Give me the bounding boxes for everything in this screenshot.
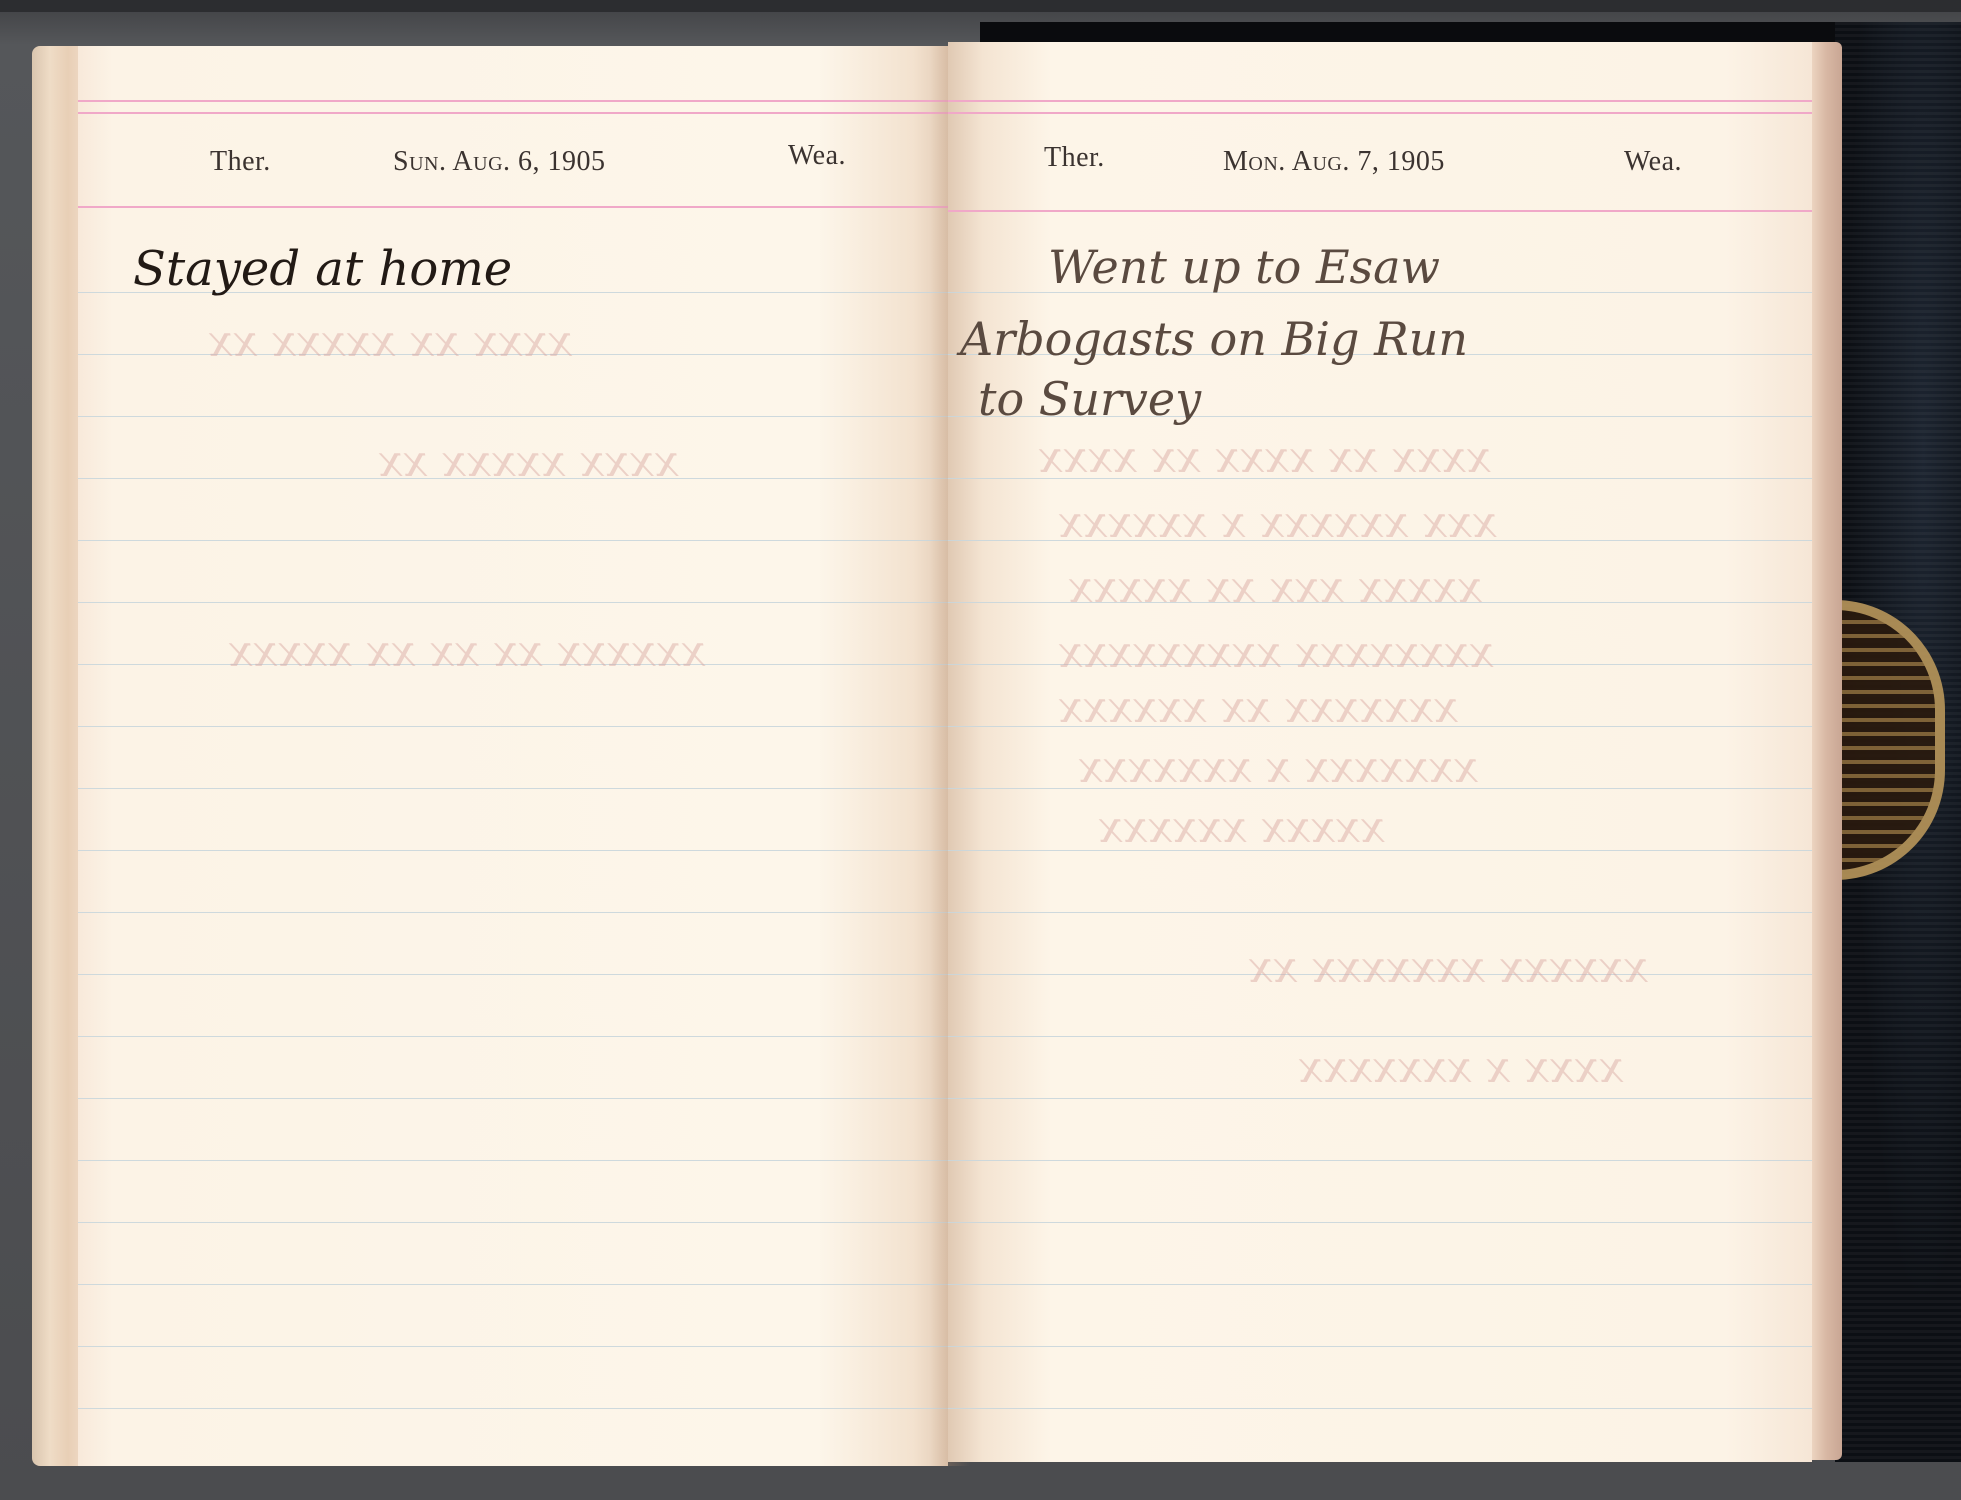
blue-rule (78, 1222, 948, 1223)
pink-rule (78, 112, 948, 114)
right-page: xxxx xx xxxx xx xxxx xxx xxxxxx x xxxxxx… (948, 42, 1812, 1462)
ther-label: Ther. (1044, 142, 1105, 174)
wea-label: Wea. (788, 140, 846, 172)
blue-rule (948, 1098, 1812, 1099)
blue-rule (948, 1036, 1812, 1037)
handwritten-entry-line: Arbogasts on Big Run (960, 312, 1468, 366)
show-through-text: xxxx xx xxxxx xx (208, 316, 573, 367)
show-through-text: xxxxxx xx xx xx xxxxx (228, 626, 706, 677)
left-page-header: Ther. Sun. Aug. 6, 1905 Wea. (78, 146, 948, 186)
blue-rule (948, 912, 1812, 913)
handwritten-entry-line: Stayed at home (133, 241, 512, 297)
blue-rule (78, 850, 948, 851)
date-heading: Sun. Aug. 6, 1905 (393, 146, 606, 178)
pink-rule (948, 210, 1812, 212)
pink-rule (78, 206, 948, 208)
pink-rule (78, 100, 948, 102)
wea-label: Wea. (1624, 146, 1682, 178)
show-through-text: xxxx x xxxxxxx (1298, 1042, 1624, 1093)
blue-rule (78, 912, 948, 913)
date-heading: Mon. Aug. 7, 1905 (1223, 146, 1445, 178)
show-through-text: xxxxxxx xx xxxxxx (1058, 682, 1458, 733)
handwritten-entry-line: to Survey (978, 372, 1201, 426)
pink-rule (948, 112, 1812, 114)
show-through-text: xxxx xxxxx xx (378, 436, 679, 487)
blue-rule (948, 1408, 1812, 1409)
blue-rule (948, 1160, 1812, 1161)
show-through-text: xxxxx xxxxxx (1098, 802, 1385, 853)
blue-rule (78, 602, 948, 603)
left-page: xxxx xx xxxxx xx xxxx xxxxx xx xxxxxx xx… (78, 46, 948, 1466)
blue-rule (78, 788, 948, 789)
blue-rule (78, 416, 948, 417)
handwritten-entry-line: Went up to Esaw (1048, 240, 1440, 294)
show-through-text: xxxx xx xxxx xx xxxx (1038, 432, 1491, 483)
blue-rule (948, 1346, 1812, 1347)
scanner-border (0, 0, 1961, 12)
blue-rule (78, 1284, 948, 1285)
show-through-text: xxxxxxxx xxxxxxxxx (1058, 627, 1494, 678)
blue-rule (78, 726, 948, 727)
blue-rule (948, 1284, 1812, 1285)
blue-rule (78, 1408, 948, 1409)
blue-rule (948, 1222, 1812, 1223)
ther-label: Ther. (210, 146, 271, 178)
blue-rule (78, 1036, 948, 1037)
blue-rule (78, 974, 948, 975)
show-through-text: xxxxxx xxxxxxx xx (1248, 942, 1648, 993)
right-page-edges (1810, 42, 1842, 1460)
pink-rule (948, 100, 1812, 102)
show-through-text: xxxxxxx x xxxxxxx (1078, 742, 1478, 793)
right-page-header: Ther. Mon. Aug. 7, 1905 Wea. (948, 146, 1812, 186)
blue-rule (78, 1346, 948, 1347)
blue-rule (78, 540, 948, 541)
show-through-text: xxxxx xxx xx xxxxx (1068, 562, 1482, 613)
blue-rule (78, 1160, 948, 1161)
blue-rule (78, 1098, 948, 1099)
show-through-text: xxx xxxxxx x xxxxxx (1058, 497, 1497, 548)
